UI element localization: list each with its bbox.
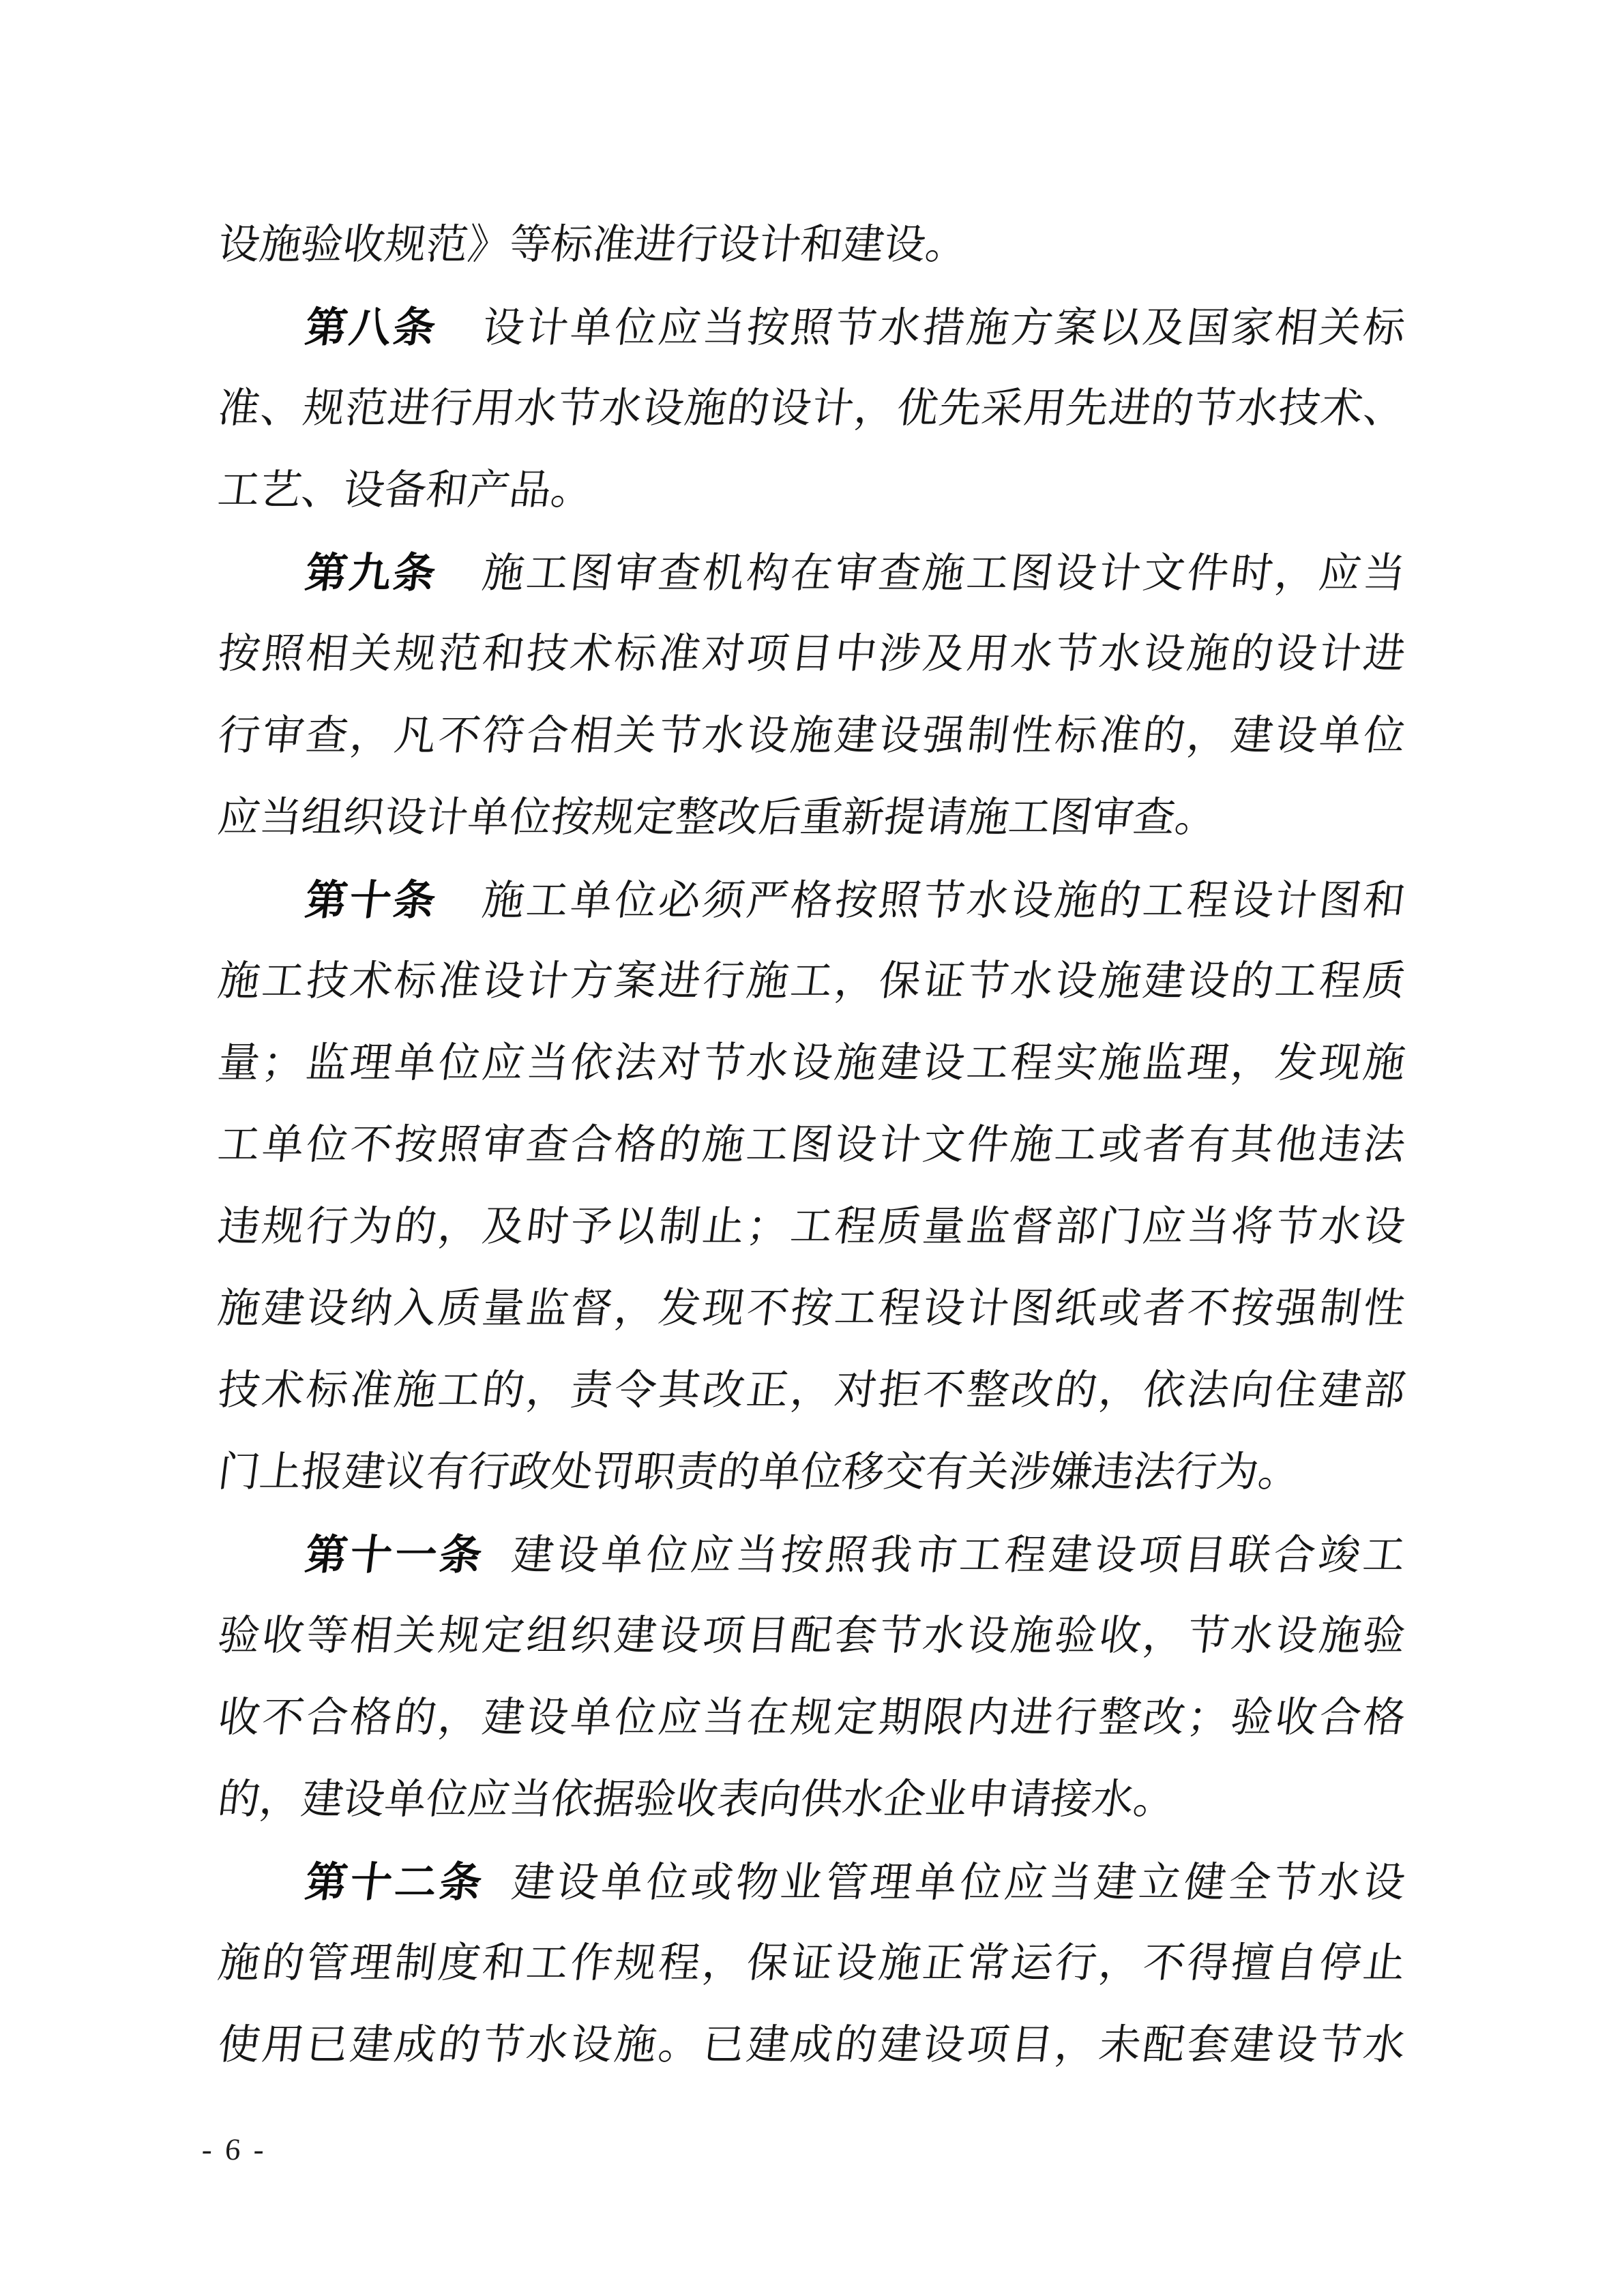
line-text: 施工图审查机构在审查施工图设计文件时，应当 — [479, 551, 1408, 597]
text-line: 量；监理单位应当依法对节水设施建设工程实施监理，发现施 — [213, 1023, 1411, 1105]
text-line: 设施验收规范》等标准进行设计和建设。 — [213, 205, 1411, 286]
text-line: 使用已建成的节水设施。已建成的建设项目，未配套建设节水 — [213, 2005, 1411, 2087]
text-line: 违规行为的，及时予以制止；工程质量监督部门应当将节水设 — [213, 1187, 1411, 1268]
line-text: 建设单位应当按照我市工程建设项目联合竣工 — [509, 1533, 1407, 1579]
text-line: 第十二条建设单位或物业管理单位应当建立健全节水设 — [213, 1841, 1411, 1923]
text-line: 第八条设计单位应当按照节水措施方案以及国家相关标 — [213, 286, 1411, 368]
text-line: 的，建设单位应当依据验收表向供水企业申请接水。 — [213, 1759, 1411, 1841]
text-line: 门上报建议有行政处罚职责的单位移交有关涉嫌违法行为。 — [213, 1432, 1411, 1514]
line-text: 建设单位或物业管理单位应当建立健全节水设 — [509, 1860, 1407, 1906]
article-number: 第十一条 — [303, 1532, 488, 1578]
line-text: 施建设纳入质量监督，发现不按工程设计图纸或者不按强制性 — [216, 1286, 1408, 1332]
text-line: 施建设纳入质量监督，发现不按工程设计图纸或者不按强制性 — [213, 1268, 1411, 1350]
document-body-text: 设施验收规范》等标准进行设计和建设。第八条设计单位应当按照节水措施方案以及国家相… — [218, 205, 1405, 2087]
text-line: 行审查，凡不符合相关节水设施建设强制性标准的，建设单位 — [213, 696, 1411, 777]
line-text: 施的管理制度和工作规程，保证设施正常运行，不得擅自停止 — [216, 1941, 1408, 1986]
line-text: 应当组织设计单位按规定整改后重新提请施工图审查。 — [216, 795, 1220, 841]
line-text: 设计单位应当按照节水措施方案以及国家相关标 — [479, 305, 1408, 351]
line-text: 工单位不按照审查合格的施工图设计文件施工或者有其他违法 — [216, 1122, 1408, 1168]
text-line: 应当组织设计单位按规定整改后重新提请施工图审查。 — [213, 777, 1411, 859]
line-text: 行审查，凡不符合相关节水设施建设强制性标准的，建设单位 — [216, 713, 1408, 759]
text-line: 第九条施工图审查机构在审查施工图设计文件时，应当 — [213, 532, 1411, 614]
line-text: 准、规范进行用水节水设施的设计，优先采用先进的节水技术、 — [216, 386, 1408, 432]
line-text: 量；监理单位应当依法对节水设施建设工程实施监理，发现施 — [216, 1041, 1408, 1086]
article-number: 第十条 — [303, 877, 441, 923]
line-text: 按照相关规范和技术标准对项目中涉及用水节水设施的设计进 — [216, 631, 1408, 677]
page-number-footer: - 6 - — [201, 2129, 268, 2170]
line-text: 设施验收规范》等标准进行设计和建设。 — [216, 222, 970, 268]
text-line: 准、规范进行用水节水设施的设计，优先采用先进的节水技术、 — [213, 368, 1411, 450]
article-number: 第十二条 — [303, 1859, 488, 1905]
text-line: 验收等相关规定组织建设项目配套节水设施验收，节水设施验 — [213, 1596, 1411, 1678]
text-line: 技术标准施工的，责令其改正，对拒不整改的，依法向住建部 — [213, 1350, 1411, 1432]
line-text: 使用已建成的节水设施。已建成的建设项目，未配套建设节水 — [216, 2023, 1408, 2068]
line-text: 门上报建议有行政处罚职责的单位移交有关涉嫌违法行为。 — [216, 1450, 1303, 1495]
line-text: 工艺、设备和产品。 — [216, 468, 595, 513]
line-text: 的，建设单位应当依据验收表向供水企业申请接水。 — [216, 1777, 1178, 1823]
line-text: 施工技术标准设计方案进行施工，保证节水设施建设的工程质 — [216, 959, 1408, 1004]
text-line: 施的管理制度和工作规程，保证设施正常运行，不得擅自停止 — [213, 1923, 1411, 2005]
line-text: 收不合格的，建设单位应当在规定期限内进行整改；验收合格 — [216, 1695, 1408, 1741]
text-line: 收不合格的，建设单位应当在规定期限内进行整改；验收合格 — [213, 1678, 1411, 1759]
line-text: 施工单位必须严格按照节水设施的工程设计图和 — [479, 878, 1408, 924]
text-line: 第十条施工单位必须严格按照节水设施的工程设计图和 — [213, 859, 1411, 941]
article-number: 第九条 — [303, 550, 441, 596]
text-line: 工单位不按照审查合格的施工图设计文件施工或者有其他违法 — [213, 1105, 1411, 1187]
article-number: 第八条 — [303, 304, 441, 351]
line-text: 技术标准施工的，责令其改正，对拒不整改的，依法向住建部 — [216, 1368, 1408, 1414]
text-line: 按照相关规范和技术标准对项目中涉及用水节水设施的设计进 — [213, 614, 1411, 696]
line-text: 违规行为的，及时予以制止；工程质量监督部门应当将节水设 — [216, 1204, 1408, 1250]
text-line: 施工技术标准设计方案进行施工，保证节水设施建设的工程质 — [213, 941, 1411, 1023]
document-page: 设施验收规范》等标准进行设计和建设。第八条设计单位应当按照节水措施方案以及国家相… — [0, 0, 1624, 2296]
text-line: 工艺、设备和产品。 — [213, 450, 1411, 532]
line-text: 验收等相关规定组织建设项目配套节水设施验收，节水设施验 — [216, 1613, 1408, 1659]
text-line: 第十一条建设单位应当按照我市工程建设项目联合竣工 — [213, 1514, 1411, 1596]
